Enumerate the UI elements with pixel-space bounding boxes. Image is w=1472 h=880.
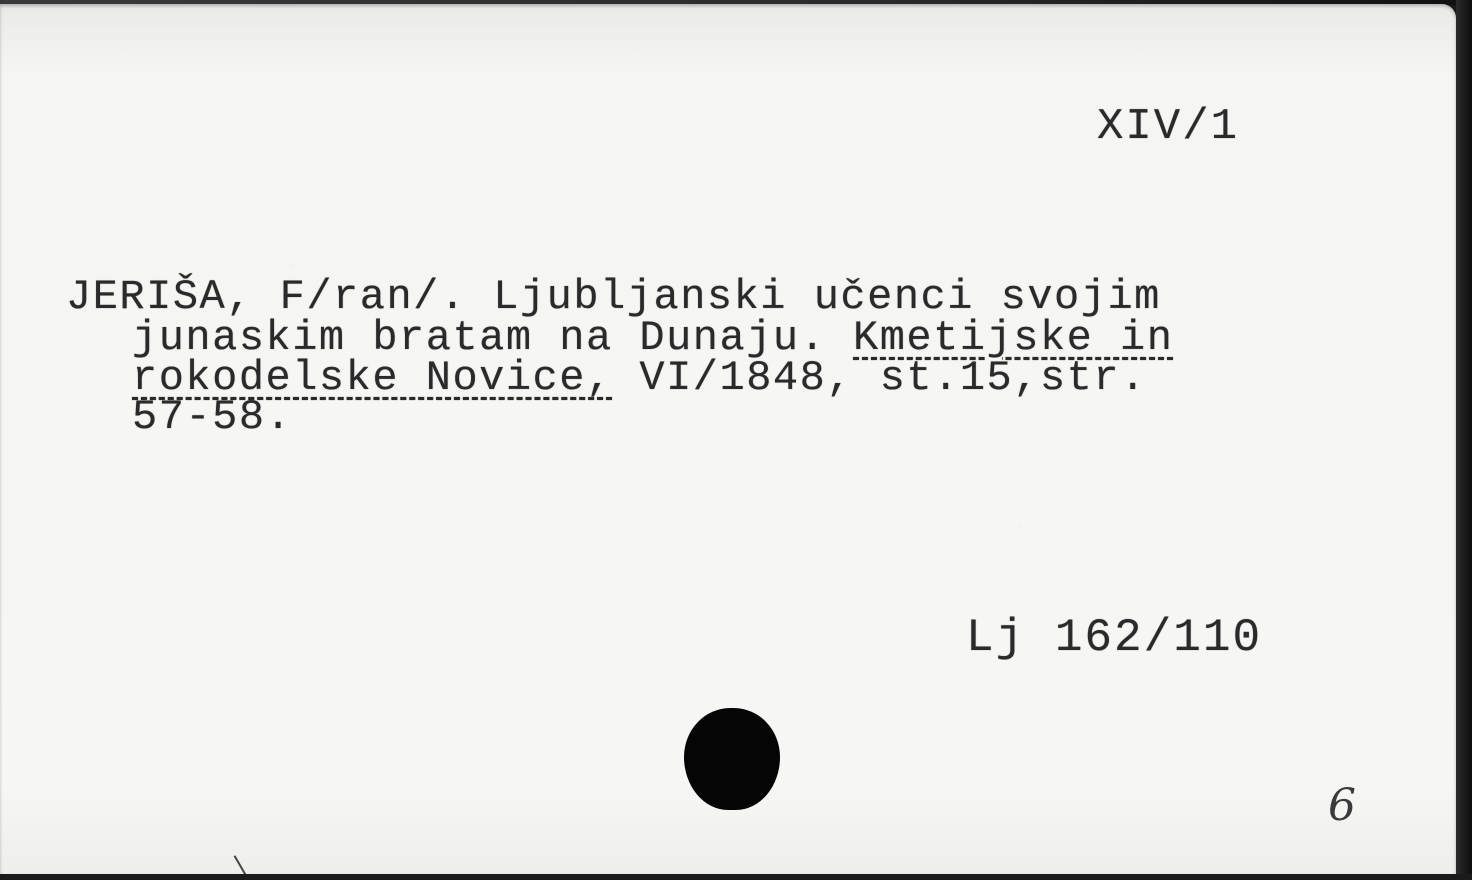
punch-hole-icon [684,708,780,810]
location-call-number: Lj 162/110 [966,612,1262,664]
entry-title-continuation-line: junaskim bratam na Dunaju. Kmetijske in [132,317,1173,359]
shelf-call-number: XIV/1 [1097,102,1239,152]
catalog-card: XIV/1 JERIŠA, F/ran/. Ljubljanski učenci… [0,4,1456,874]
entry-author-title-line: JERIŠA, F/ran/. Ljubljanski učenci svoji… [66,276,1161,318]
handwritten-number: 6 [1328,780,1356,831]
card-bottom-edge [0,874,1472,880]
page-range: 57-58. [132,396,292,438]
volume-issue-info: VI/1848, st.15,str. [613,354,1147,402]
card-right-edge [1456,0,1472,880]
